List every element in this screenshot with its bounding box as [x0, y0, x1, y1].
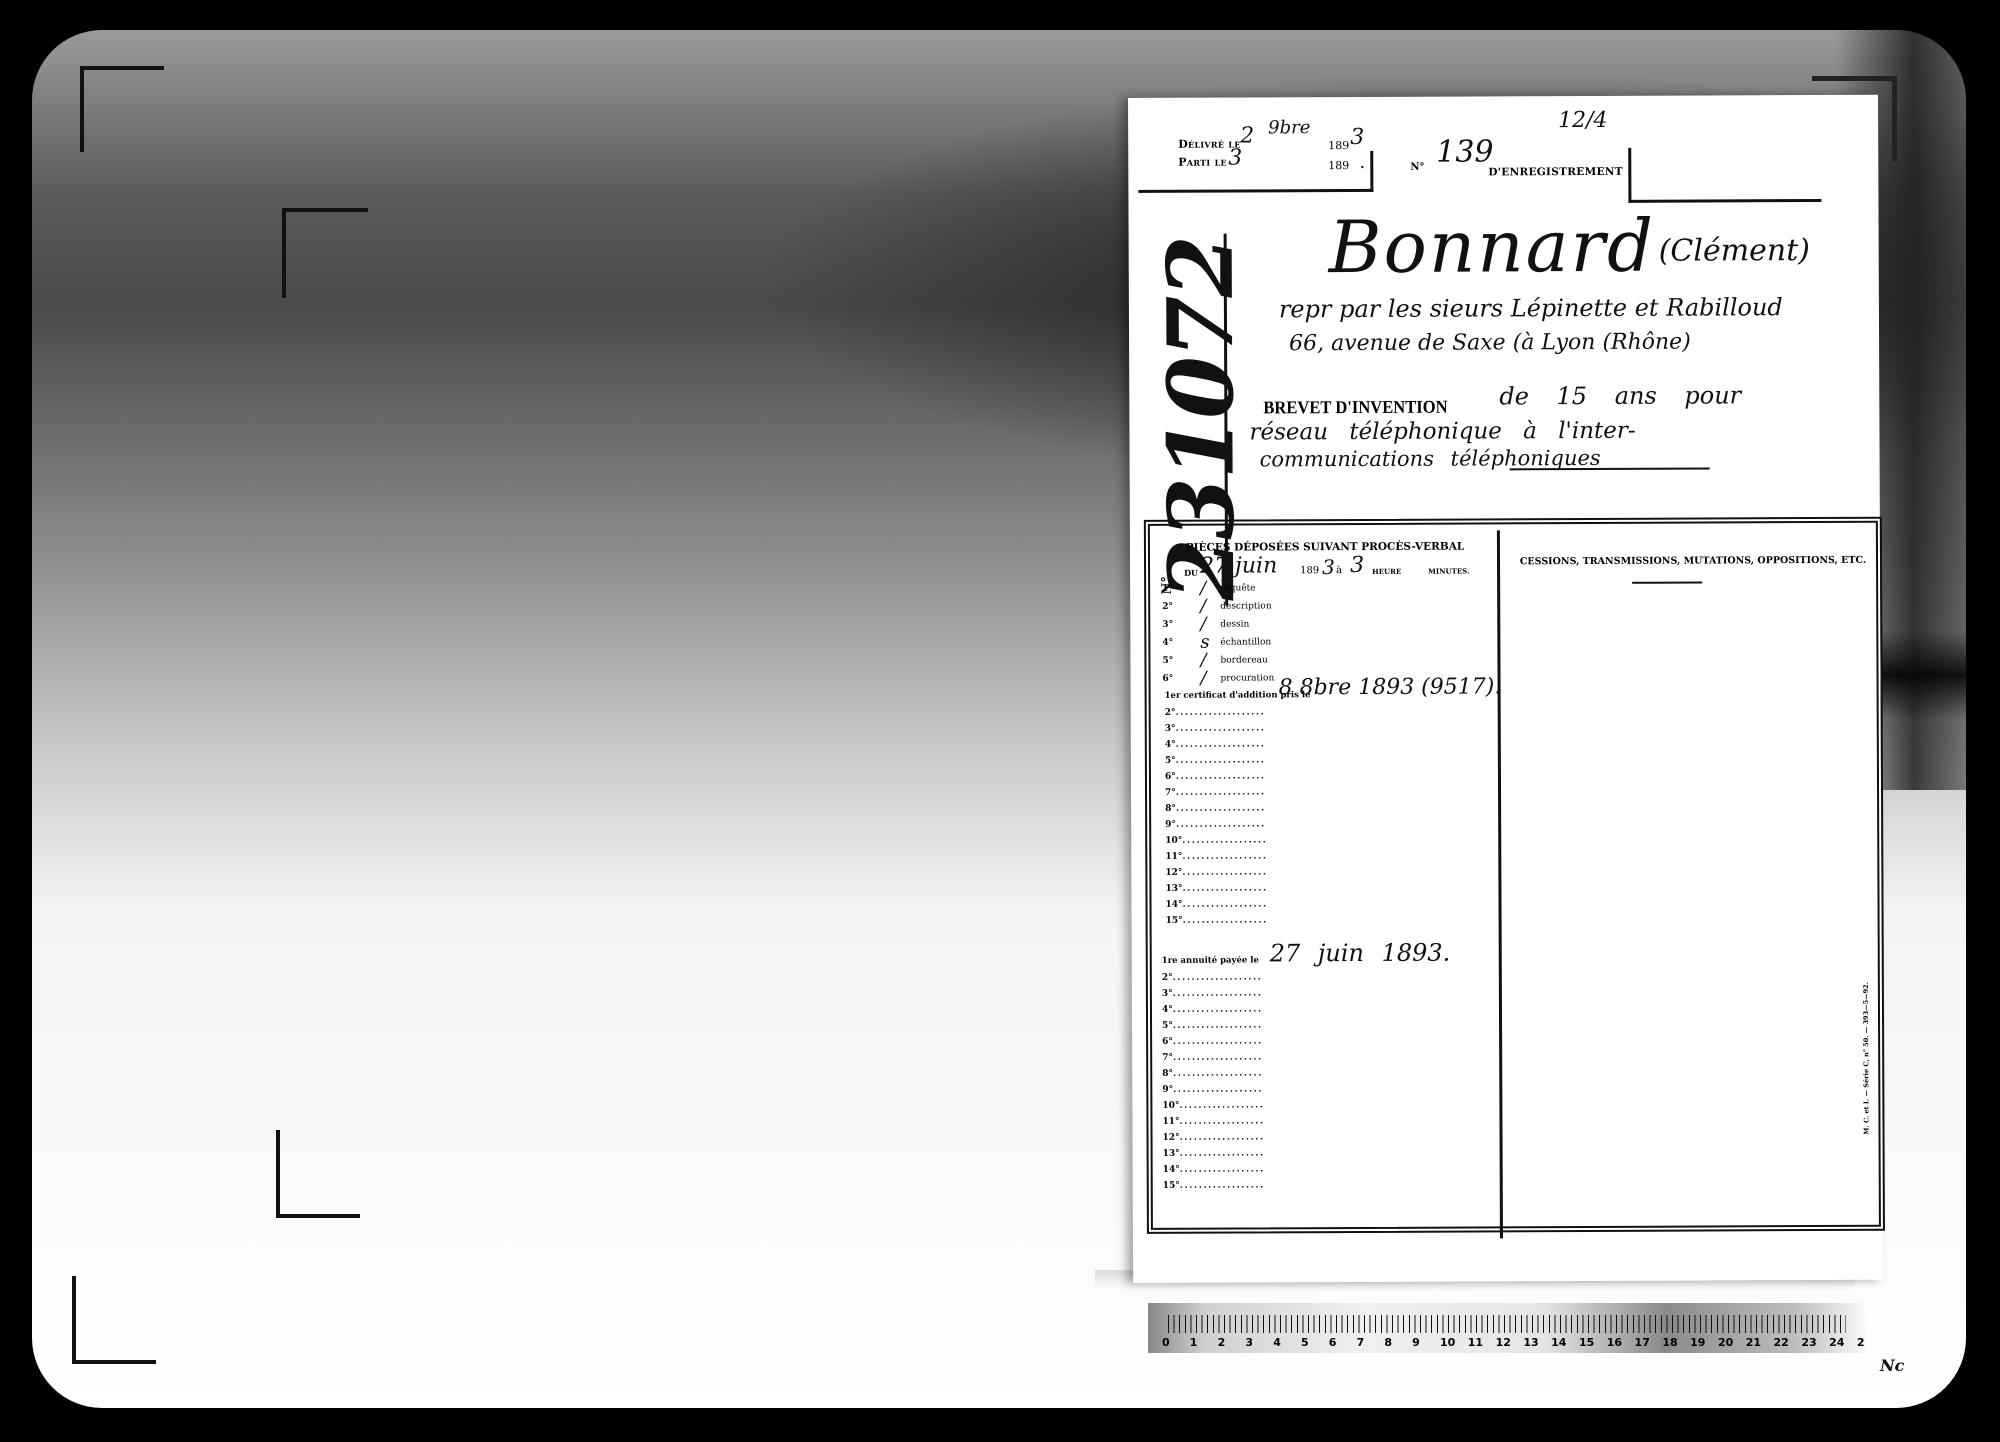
delivered-year-prefix: 189	[1328, 139, 1349, 152]
annuity-rows: 2°...................3°.................…	[1150, 523, 1876, 526]
ruler-label: 18	[1662, 1336, 1690, 1350]
certificate-row: 6°...................	[1165, 771, 1266, 781]
ruler-label: 1	[1190, 1336, 1218, 1350]
description-underline	[1510, 467, 1710, 470]
patent-duration: de 15 ans pour	[1499, 381, 1741, 410]
certificate-row: 5°...................	[1165, 755, 1266, 765]
ruler-label: 16	[1607, 1336, 1635, 1350]
deposit-item-number: 3°	[1162, 620, 1173, 630]
deposit-at-label: à	[1336, 565, 1342, 576]
registration-suffix: D'ENREGISTREMENT	[1488, 166, 1623, 179]
annuity-row: 6°...................	[1162, 1036, 1263, 1046]
ruler-label: 7	[1357, 1336, 1385, 1350]
deposit-item-number: 2°	[1162, 602, 1173, 612]
ruler-label: 23	[1801, 1336, 1829, 1350]
patent-title-label: BREVET D'INVENTION	[1263, 397, 1447, 419]
certificate-row: 13°..................	[1165, 883, 1267, 893]
deposit-item-number: 6°	[1163, 674, 1174, 684]
annuity-first-value: 27 juin 1893.	[1270, 939, 1451, 968]
deposit-item-label: échantillon	[1220, 637, 1271, 647]
archive-mark: Nc	[1880, 1356, 1904, 1375]
registration-mark-top-left-inner	[282, 208, 368, 298]
transfers-heading: CESSIONS, TRANSMISSIONS, MUTATIONS, OPPO…	[1508, 555, 1878, 568]
annuity-row: 4°...................	[1162, 1004, 1263, 1014]
deposit-item-mark: /	[1200, 668, 1206, 689]
ruler-label: 2	[1857, 1336, 1885, 1350]
ruler-label: 6	[1329, 1336, 1357, 1350]
deposit-du-label: DU	[1184, 568, 1198, 578]
ruler-label: 13	[1523, 1336, 1551, 1350]
deposit-item-label: bordereau	[1220, 655, 1267, 665]
delivered-year-suffix: 3	[1350, 125, 1364, 150]
ruler-labels: 0123456789101112131415161718192021222324…	[1162, 1336, 1866, 1350]
registration-mark-top-left-outer	[80, 66, 164, 152]
annuity-row: 2°...................	[1162, 972, 1263, 982]
certificate-row: 10°..................	[1165, 835, 1267, 845]
record-table: PIÈCES DÉPOSÉES SUIVANT PROCÈS-VERBAL DU…	[1144, 517, 1885, 1234]
certificate-row: 7°...................	[1165, 787, 1266, 797]
annuity-first-label: 1re annuité payée le	[1162, 955, 1259, 965]
ruler-label: 20	[1718, 1336, 1746, 1350]
deposit-year-suffix: 3	[1322, 555, 1335, 579]
ruler-label: 15	[1579, 1336, 1607, 1350]
annuity-row: 7°...................	[1162, 1052, 1263, 1062]
certificate-rows: 2°...................3°.................…	[1150, 523, 1876, 526]
deposit-minutes-label: MINUTES.	[1428, 567, 1469, 576]
applicant-representative: repr par les sieurs Lépinette et Rabillo…	[1279, 293, 1783, 323]
registration-mark-bottom-left-inner	[276, 1130, 360, 1218]
ruler-label: 12	[1496, 1336, 1524, 1350]
annuity-row: 13°..................	[1163, 1148, 1265, 1158]
annuity-row: 8°...................	[1162, 1068, 1263, 1078]
annuity-row: 15°..................	[1163, 1180, 1265, 1190]
ruler-label: 4	[1273, 1336, 1301, 1350]
stamp-box	[1628, 147, 1821, 203]
certificate-row: 2°...................	[1165, 707, 1266, 717]
ruler-label: 22	[1774, 1336, 1802, 1350]
deposit-year-prefix: 189	[1300, 565, 1319, 576]
certificate-row: 15°..................	[1166, 915, 1268, 925]
ruler-label: 17	[1635, 1336, 1663, 1350]
annuity-row: 3°...................	[1162, 988, 1263, 998]
departed-day: 3	[1228, 146, 1242, 171]
annuity-row: 12°..................	[1163, 1132, 1265, 1142]
certificate-row: 11°..................	[1165, 851, 1267, 861]
ruler-label: 24	[1829, 1336, 1857, 1350]
ruler-label: 10	[1440, 1336, 1468, 1350]
ruler-label: 0	[1162, 1336, 1190, 1350]
transfers-heading-rule	[1632, 581, 1702, 583]
applicant-address: 66, avenue de Saxe (à Lyon (Rhône)	[1289, 330, 1691, 357]
folio-number: 12/4	[1558, 108, 1608, 133]
deposit-hour: 3	[1350, 553, 1364, 578]
deposit-item-number: 4°	[1162, 638, 1173, 648]
certificate-first-value: 8 8bre 1893 (9517).	[1279, 674, 1502, 700]
certificate-row: 9°...................	[1165, 819, 1266, 829]
patent-description-line1: réseau téléphonique à l'inter-	[1249, 418, 1635, 446]
deposit-hour-label: HEURE	[1372, 567, 1401, 576]
deposit-item-number: 5°	[1162, 656, 1173, 666]
applicant-given-name: (Clément)	[1659, 233, 1810, 269]
annuity-row: 10°..................	[1162, 1100, 1264, 1110]
departed-year-prefix: 189	[1328, 159, 1349, 172]
ruler-label: 14	[1551, 1336, 1579, 1350]
deposit-item-label: description	[1220, 601, 1271, 611]
certificate-row: 3°...................	[1165, 723, 1266, 733]
ruler-ticks	[1168, 1315, 1846, 1333]
annuity-row: 14°..................	[1163, 1164, 1265, 1174]
annuity-row: 5°...................	[1162, 1020, 1263, 1030]
deposit-item-label: procuration	[1221, 673, 1275, 683]
printer-note: M. C. et I. — Série C, n° 50. — 393—5—92…	[1862, 982, 1871, 1135]
annuity-row: 9°...................	[1162, 1084, 1263, 1094]
delivered-month: 9bre	[1268, 117, 1310, 138]
registration-label: N°	[1410, 162, 1424, 173]
registration-number: 139	[1436, 134, 1493, 169]
patent-record-sheet: Délivré le 2 9bre 189 3 Parti le 3 189 .…	[1128, 95, 1883, 1283]
ruler-label: 2	[1218, 1336, 1246, 1350]
certificate-row: 8°...................	[1165, 803, 1266, 813]
ruler-label: 5	[1301, 1336, 1329, 1350]
delivered-day: 2	[1240, 123, 1254, 148]
deposit-item-label: requête	[1220, 583, 1256, 593]
certificate-row: 14°..................	[1165, 899, 1267, 909]
deposit-item-number: 1°	[1162, 584, 1173, 594]
applicant-surname: Bonnard	[1328, 204, 1655, 289]
departed-label: Parti le	[1178, 156, 1227, 169]
deposit-heading: PIÈCES DÉPOSÉES SUIVANT PROCÈS-VERBAL	[1180, 541, 1470, 554]
certificate-row: 12°..................	[1165, 867, 1267, 877]
departed-year-suffix: .	[1360, 157, 1364, 171]
ruler-label: 19	[1690, 1336, 1718, 1350]
annuity-row: 11°..................	[1162, 1116, 1264, 1126]
ruler-label: 3	[1245, 1336, 1273, 1350]
ruler-label: 11	[1468, 1336, 1496, 1350]
ruler-label: 8	[1384, 1336, 1412, 1350]
deposit-date: 27 juin	[1200, 553, 1277, 578]
ruler-label: 9	[1412, 1336, 1440, 1350]
certificate-row: 4°...................	[1165, 739, 1266, 749]
scale-ruler: 0123456789101112131415161718192021222324…	[1148, 1303, 1866, 1353]
ruler-label: 21	[1746, 1336, 1774, 1350]
column-divider	[1497, 530, 1503, 1238]
deposit-items-list: 1°/requête2°/description3°/dessin4°sécha…	[1150, 523, 1876, 526]
registration-mark-bottom-left-outer	[72, 1276, 156, 1364]
deposit-item-label: dessin	[1220, 619, 1249, 629]
